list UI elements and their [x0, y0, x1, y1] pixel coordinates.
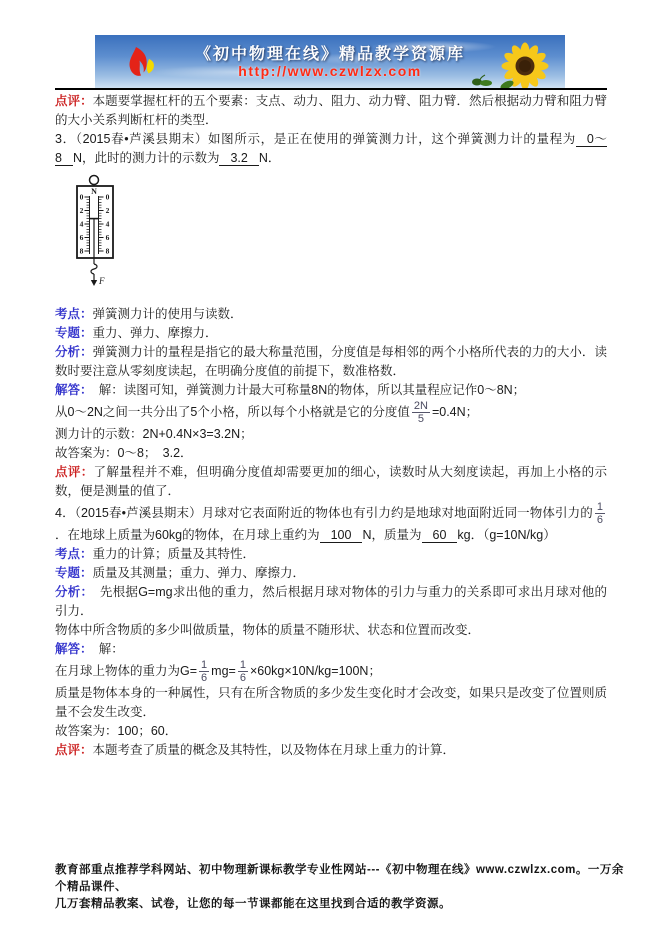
analysis-row: 分析：弹簧测力计的量程是指它的最大称量范围，分度值是每相邻的两个小格所代表的力的…: [55, 343, 607, 381]
comment-label: 点评：: [55, 743, 93, 757]
comment-text: 了解量程并不难，但明确分度值却需要更加的细心，读数时从大刻度读起，再加上小格的示…: [55, 465, 607, 498]
footer-line: 教育部重点推荐学科网站、初中物理新课标教学专业性网站---《初中物理在线》www…: [55, 862, 635, 896]
scale-number: 6: [80, 233, 84, 242]
comment-label: 点评：: [55, 465, 94, 479]
stem-text: （2015春•芦溪县期末）如图所示，是正在使用的弹簧测力计，这个弹簧测力计的量程…: [76, 132, 576, 146]
scale-number: 2: [106, 206, 110, 215]
analysis-row: 分析： 先根据G=mg求出他的重力，然后根据月球对物体的引力与重力的关系即可求出…: [55, 583, 607, 621]
equation-text: 在月球上物体的重力为G=: [55, 664, 197, 678]
fraction: 2N5: [412, 400, 430, 425]
answer-blank: 100: [320, 528, 363, 543]
scale-number: 8: [80, 247, 84, 256]
solution-row: 解答： 解：读图可知，弹簧测力计最大可称量8N的物体，所以其量程应记作0～8N；: [55, 381, 607, 400]
answer-line: 故答案为：0～8； 3.2．: [55, 444, 607, 463]
fraction-denominator: 5: [412, 413, 430, 425]
exam-point-label: 考点：: [55, 547, 93, 561]
scale-unit-label: N: [91, 187, 97, 196]
solution-row: 解答： 解：: [55, 640, 607, 659]
stem-text: N，此时的测力计的示数为: [73, 151, 220, 165]
solution-text: 解：: [86, 642, 124, 656]
fraction-denominator: 6: [595, 514, 605, 526]
fraction-numerator: 2N: [412, 400, 430, 413]
review-comment-paragraph: 点评：本题要掌握杠杆的五个要素：支点、动力、阻力、动力臂、阻力臂．然后根据动力臂…: [55, 92, 607, 130]
comment-row: 点评：本题考查了质量的概念及其特性，以及物体在月球上重力的计算．: [55, 741, 607, 760]
stem-text: （2015春•芦溪县期末）月球对它表面附近的物体也有引力约是地球对地面附近同一物…: [75, 506, 593, 520]
answer-line: 故答案为：100；60．: [55, 722, 607, 741]
scale-number: 8: [106, 247, 110, 256]
scale-number: 0: [80, 193, 84, 202]
solution-label: 解答：: [55, 383, 86, 397]
gravity-equation-line: 在月球上物体的重力为G=16mg=16×60kg×10N/kg=100N；: [55, 659, 607, 684]
fraction-denominator: 6: [238, 672, 248, 684]
mass-property-line: 质量是物体本身的一种属性，只有在所含物质的多少发生变化时才会改变，如果只是改变了…: [55, 684, 607, 722]
fraction-numerator: 1: [199, 659, 209, 672]
fraction-numerator: 1: [595, 501, 605, 514]
solution-label: 解答：: [55, 642, 86, 656]
footer-text: 教育部重点推荐学科网站、初中物理新课标教学专业性网站---《初中物理在线》www…: [55, 862, 635, 913]
fraction: 16: [199, 659, 209, 684]
reading-line: 测力计的示数：2N+0.4N×3=3.2N；: [55, 425, 607, 444]
scale-ring: [90, 176, 99, 185]
stem-text: N，质量为: [362, 528, 421, 542]
topic-row: 专题：重力、弹力、摩擦力．: [55, 324, 607, 343]
scale-number: 4: [106, 220, 110, 229]
sunflower-icon: [499, 41, 551, 88]
hook-curve: [91, 264, 97, 274]
banner-title: 《初中物理在线》精品教学资源库: [95, 41, 565, 64]
stem-text: ．在地球上质量为60kg的物体，在月球上重约为: [55, 528, 320, 542]
question4-stem: 4．（2015春•芦溪县期末）月球对它表面附近的物体也有引力约是地球对地面附近同…: [55, 501, 607, 545]
topic-row: 专题：质量及其测量；重力、弹力、摩擦力．: [55, 564, 607, 583]
solution-text: 解：读图可知，弹簧测力计最大可称量8N的物体，所以其量程应记作0～8N；: [86, 383, 525, 397]
exam-point-text: 重力的计算；质量及其特性．: [93, 547, 256, 561]
equation-text: mg=: [211, 664, 236, 678]
stem-text: kg．（g=10N/kg）: [457, 528, 555, 542]
scale-number: 2: [80, 206, 84, 215]
stem-text: N．: [259, 151, 281, 165]
question3-stem: 3．（2015春•芦溪县期末）如图所示，是正在使用的弹簧测力计，这个弹簧测力计的…: [55, 130, 607, 168]
division-value-line: 从0～2N之间一共分出了5个小格，所以每个小格就是它的分度值2N5=0.4N；: [55, 400, 607, 425]
header-divider: [55, 88, 607, 90]
scale-number: 6: [106, 233, 110, 242]
equation-text: ×60kg×10N/kg=100N；: [250, 664, 381, 678]
analysis-label: 分析：: [55, 345, 93, 359]
equation-text: =0.4N；: [432, 405, 478, 419]
document-page: 《初中物理在线》精品教学资源库 http://www.czwlzx.com: [0, 0, 661, 936]
comment-text: 本题考查了质量的概念及其特性，以及物体在月球上重力的计算．: [93, 743, 456, 757]
scale-number: 4: [80, 220, 84, 229]
spring-scale-figure: N 0 2 4 6 8 0 2 4 6 8 F: [61, 170, 131, 293]
topic-label: 专题：: [55, 566, 93, 580]
answer-blank: 3.2: [219, 151, 258, 166]
fraction-numerator: 1: [238, 659, 248, 672]
fraction-denominator: 6: [199, 672, 209, 684]
header-banner: 《初中物理在线》精品教学资源库 http://www.czwlzx.com: [95, 35, 565, 88]
question-number: 4．: [55, 506, 75, 520]
comment-label: 点评：: [55, 94, 93, 108]
analysis-text: 先根据G=mg求出他的重力，然后根据月球对物体的引力与重力的关系即可求出月球对他…: [55, 585, 607, 618]
analysis-text: 弹簧测力计的量程是指它的最大称量范围，分度值是每相邻的两个小格所代表的力的大小．…: [55, 345, 607, 378]
footer-line: 几万套精品教案、试卷，让您的每一节课都能在这里找到合适的教学资源。: [55, 896, 635, 913]
banner-url-link[interactable]: http://www.czwlzx.com: [95, 63, 565, 79]
topic-text: 质量及其测量；重力、弹力、摩擦力．: [93, 566, 306, 580]
analysis-label: 分析：: [55, 585, 87, 599]
comment-text: 本题要掌握杠杆的五个要素：支点、动力、阻力、动力臂、阻力臂．然后根据动力臂和阻力…: [55, 94, 607, 127]
question-number: 3．: [55, 132, 76, 146]
equation-text: 从0～2N之间一共分出了5个小格，所以每个小格就是它的分度值: [55, 405, 410, 419]
exam-point-label: 考点：: [55, 307, 93, 321]
plant-icon: [471, 72, 493, 88]
topic-label: 专题：: [55, 326, 93, 340]
fraction: 16: [238, 659, 248, 684]
exam-point-text: 弹簧测力计的使用与读数．: [93, 307, 243, 321]
exam-point-row: 考点：弹簧测力计的使用与读数．: [55, 305, 607, 324]
scale-number: 0: [106, 193, 110, 202]
comment-row: 点评：了解量程并不难，但明确分度值却需要更加的细心，读数时从大刻度读起，再加上小…: [55, 463, 607, 501]
topic-text: 重力、弹力、摩擦力．: [93, 326, 218, 340]
answer-blank: 60: [422, 528, 458, 543]
analysis-continued: 物体中所含物质的多少叫做质量，物体的质量不随形状、状态和位置而改变．: [55, 621, 607, 640]
exam-point-row: 考点：重力的计算；质量及其特性．: [55, 545, 607, 564]
force-label: F: [98, 276, 105, 286]
fraction: 16: [595, 501, 605, 526]
